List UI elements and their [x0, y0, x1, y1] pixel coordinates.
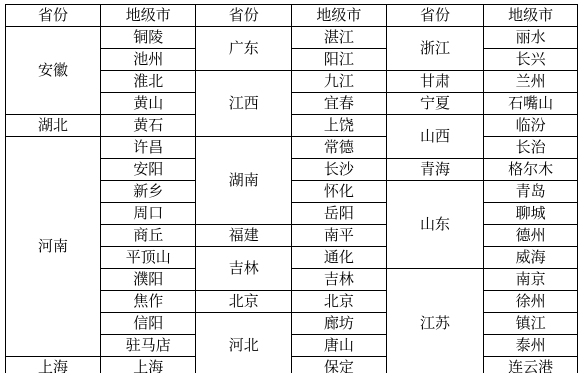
city-cell: 长沙	[291, 159, 386, 181]
city-cell: 宜春	[291, 93, 386, 115]
city-cell: 徐州	[484, 291, 578, 313]
city-cell: 周口	[100, 203, 196, 225]
city-cell: 兰州	[484, 71, 578, 93]
city-cell: 石嘴山	[484, 93, 578, 115]
province-cell: 北京	[196, 291, 292, 313]
city-cell: 新乡	[100, 181, 196, 203]
city-cell: 德州	[484, 225, 578, 247]
header-city-3: 地级市	[484, 5, 578, 27]
city-cell: 上海	[100, 357, 196, 373]
province-cell: 山东	[386, 181, 483, 269]
page: 省份 地级市 省份 地级市 省份 地级市 安徽铜陵广东湛江浙江丽水池州阳江长兴淮…	[0, 4, 585, 373]
header-province-1: 省份	[6, 5, 101, 27]
city-cell: 濮阳	[100, 269, 196, 291]
city-cell: 上饶	[291, 115, 386, 137]
province-cell: 宁夏	[386, 93, 483, 115]
city-cell: 通化	[291, 247, 386, 269]
city-cell: 南平	[291, 225, 386, 247]
city-cell: 长兴	[484, 49, 578, 71]
city-cell: 镇江	[484, 313, 578, 335]
city-cell: 焦作	[100, 291, 196, 313]
city-cell: 铜陵	[100, 27, 196, 49]
city-cell: 南京	[484, 269, 578, 291]
header-province-3: 省份	[386, 5, 483, 27]
city-cell: 阳江	[291, 49, 386, 71]
province-cell: 福建	[196, 225, 292, 247]
city-cell: 长治	[484, 137, 578, 159]
province-cell: 青海	[386, 159, 483, 181]
province-city-table: 省份 地级市 省份 地级市 省份 地级市 安徽铜陵广东湛江浙江丽水池州阳江长兴淮…	[5, 4, 578, 373]
header-city-1: 地级市	[100, 5, 196, 27]
city-cell: 威海	[484, 247, 578, 269]
province-cell: 上海	[6, 357, 101, 373]
city-cell: 驻马店	[100, 335, 196, 357]
province-cell: 江西	[196, 71, 292, 137]
header-row: 省份 地级市 省份 地级市 省份 地级市	[6, 5, 578, 27]
city-cell: 保定	[291, 357, 386, 373]
city-cell: 信阳	[100, 313, 196, 335]
city-cell: 黄石	[100, 115, 196, 137]
city-cell: 池州	[100, 49, 196, 71]
province-cell: 吉林	[196, 247, 292, 291]
table-row: 湖北黄石上饶山西临汾	[6, 115, 578, 137]
city-cell: 临汾	[484, 115, 578, 137]
province-cell: 山西	[386, 115, 483, 159]
city-cell: 青岛	[484, 181, 578, 203]
province-cell: 湖北	[6, 115, 101, 137]
city-cell: 廊坊	[291, 313, 386, 335]
city-cell: 常德	[291, 137, 386, 159]
header-province-2: 省份	[196, 5, 292, 27]
city-cell: 平顶山	[100, 247, 196, 269]
province-cell: 河北	[196, 313, 292, 373]
city-cell: 唐山	[291, 335, 386, 357]
city-cell: 格尔木	[484, 159, 578, 181]
city-cell: 安阳	[100, 159, 196, 181]
province-cell: 安徽	[6, 27, 101, 115]
city-cell: 聊城	[484, 203, 578, 225]
city-cell: 九江	[291, 71, 386, 93]
province-cell: 江苏	[386, 269, 483, 373]
province-cell: 湖南	[196, 137, 292, 225]
city-cell: 岳阳	[291, 203, 386, 225]
city-cell: 吉林	[291, 269, 386, 291]
table-row: 河南许昌湖南常德长治	[6, 137, 578, 159]
city-cell: 许昌	[100, 137, 196, 159]
city-cell: 淮北	[100, 71, 196, 93]
city-cell: 湛江	[291, 27, 386, 49]
city-cell: 黄山	[100, 93, 196, 115]
city-cell: 连云港	[484, 357, 578, 373]
city-cell: 北京	[291, 291, 386, 313]
province-cell: 甘肃	[386, 71, 483, 93]
table-row: 安徽铜陵广东湛江浙江丽水	[6, 27, 578, 49]
city-cell: 泰州	[484, 335, 578, 357]
province-cell: 浙江	[386, 27, 483, 71]
header-city-2: 地级市	[291, 5, 386, 27]
province-cell: 广东	[196, 27, 292, 71]
city-cell: 怀化	[291, 181, 386, 203]
province-cell: 河南	[6, 137, 101, 357]
city-cell: 商丘	[100, 225, 196, 247]
table-row: 上海上海保定连云港	[6, 357, 578, 373]
city-cell: 丽水	[484, 27, 578, 49]
table-body: 安徽铜陵广东湛江浙江丽水池州阳江长兴淮北江西九江甘肃兰州黄山宜春宁夏石嘴山湖北黄…	[6, 27, 578, 373]
